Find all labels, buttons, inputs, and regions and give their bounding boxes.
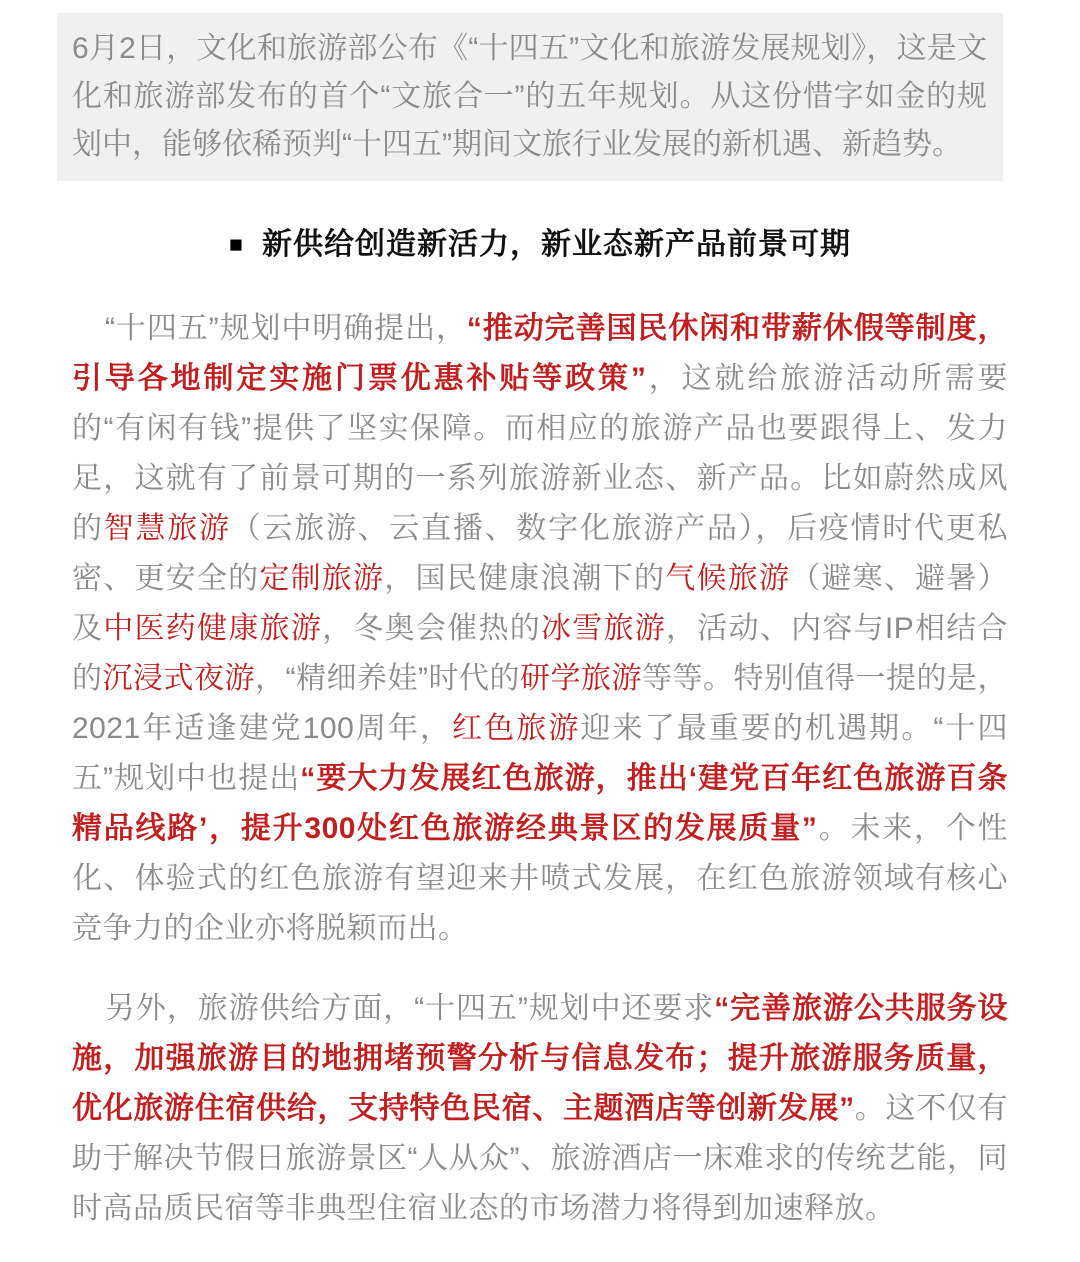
text-segment: 另外，旅游供给方面，“十四五”规划中还要求 (105, 992, 714, 1025)
highlighted-text-segment: 气候旅游 (665, 562, 790, 595)
text-segment: ，“精细养娃”时代的 (255, 662, 520, 695)
article-page: 6月2日，文化和旅游部公布《“十四五”文化和旅游发展规划》，这是文化和旅游部发布… (0, 0, 1080, 1262)
article-body: “十四五”规划中明确提出，“推动完善国民休闲和带薪休假等制度，引导各地制定实施门… (72, 304, 1008, 1234)
square-bullet-icon: ■ (229, 227, 244, 261)
highlighted-text-segment: 研学旅游 (520, 662, 642, 695)
highlighted-text-segment: 中医药健康旅游 (103, 612, 322, 645)
section-heading: ■新供给创造新活力，新业态新产品前景可期 (40, 227, 1040, 262)
highlighted-text-segment: 定制旅游 (259, 562, 384, 595)
highlighted-text-segment: 智慧旅游 (104, 512, 231, 545)
intro-text: 6月2日，文化和旅游部公布《“十四五”文化和旅游发展规划》，这是文化和旅游部发布… (72, 25, 987, 169)
text-segment: “十四五”规划中明确提出， (105, 312, 467, 345)
paragraph: 另外，旅游供给方面，“十四五”规划中还要求“完善旅游公共服务设施，加强旅游目的地… (72, 984, 1008, 1234)
text-segment: ，冬奥会催热的 (322, 612, 541, 645)
highlighted-text-segment: 冰雪旅游 (541, 612, 666, 645)
highlighted-text-segment: 红色旅游 (452, 712, 580, 745)
highlighted-text-segment: 沉浸式夜游 (103, 662, 256, 695)
paragraph: “十四五”规划中明确提出，“推动完善国民休闲和带薪休假等制度，引导各地制定实施门… (72, 304, 1008, 954)
text-segment: ，国民健康浪潮下的 (384, 562, 665, 595)
section-title-text: 新供给创造新活力，新业态新产品前景可期 (262, 228, 851, 261)
intro-quote-box: 6月2日，文化和旅游部公布《“十四五”文化和旅游发展规划》，这是文化和旅游部发布… (57, 13, 1003, 181)
